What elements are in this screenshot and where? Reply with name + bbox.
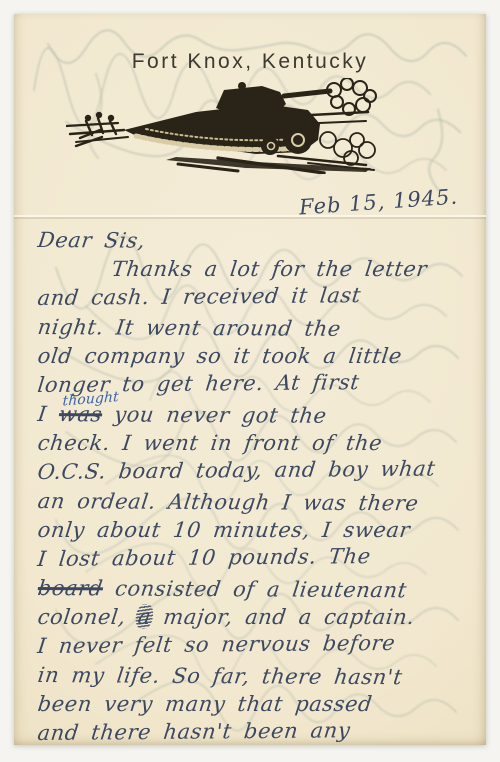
line-text: major, and a captain.	[150, 605, 416, 629]
line-text: an ordeal. Although I was there	[36, 489, 420, 515]
letter-line: and there hasn't been any	[36, 715, 486, 745]
letter-line: only about 10 minutes, I swear	[36, 516, 486, 545]
line-text: and cash. I received it last	[36, 283, 362, 310]
line-text: been very many that passed	[36, 692, 373, 716]
fold-crease	[14, 215, 486, 219]
line-text: night. It went around the	[36, 315, 342, 341]
letter-line: I lost about 10 pounds. The	[36, 541, 486, 574]
letter-line: I never felt so nervous before	[36, 628, 486, 661]
line-text: colonel,	[36, 605, 139, 629]
inserted-word: thought	[62, 383, 119, 416]
letterhead: Fort Knox, Kentucky	[14, 14, 486, 174]
line-text: O.C.S. board today, and boy what	[36, 457, 436, 484]
letter-line: O.C.S. board today, and boy what	[36, 454, 486, 487]
line-text: Thanks a lot for the letter	[110, 257, 428, 281]
line-text: consisted of a lieutenant	[101, 576, 408, 602]
tank-illustration	[66, 78, 378, 174]
line-text: in my life. So far, there hasn't	[36, 663, 404, 689]
letter-line: night. It went around the	[36, 313, 486, 345]
letter-line: Thanks a lot for the letter	[36, 255, 486, 284]
letter-line-with-correction: colonel, a major, and a captain.	[36, 603, 486, 632]
struck-word: board	[36, 576, 104, 600]
line-text: and there hasn't been any	[36, 718, 351, 745]
line-text: old company so it took a little	[36, 344, 403, 368]
letter-line: been very many that passed	[36, 690, 486, 719]
line-text: I lost about 10 pounds. The	[36, 544, 372, 571]
line-text: check. I went in front of the	[36, 431, 383, 455]
letter-line: in my life. So far, there hasn't	[36, 661, 486, 693]
letter-line: check. I went in front of the	[36, 429, 486, 458]
salutation: Dear Sis,	[36, 226, 486, 258]
letter-line: an ordeal. Although I was there	[36, 487, 486, 519]
letterhead-location: Fort Knox, Kentucky	[14, 50, 486, 74]
line-text: you never got the	[101, 402, 329, 427]
line-text: only about 10 minutes, I swear	[36, 518, 411, 542]
letter-paper: Fort Knox, Kentucky	[14, 14, 486, 745]
letter-line: old company so it took a little	[36, 342, 486, 371]
letter-line: and cash. I received it last	[36, 280, 486, 313]
line-text: I never felt so nervous before	[36, 631, 396, 658]
letter-body: Dear Sis, Thanks a lot for the letter an…	[36, 226, 486, 745]
letter-line-with-correction: I wasthought you never got the	[36, 400, 486, 432]
letter-line-with-correction: board consisted of a lieutenant	[36, 574, 486, 606]
